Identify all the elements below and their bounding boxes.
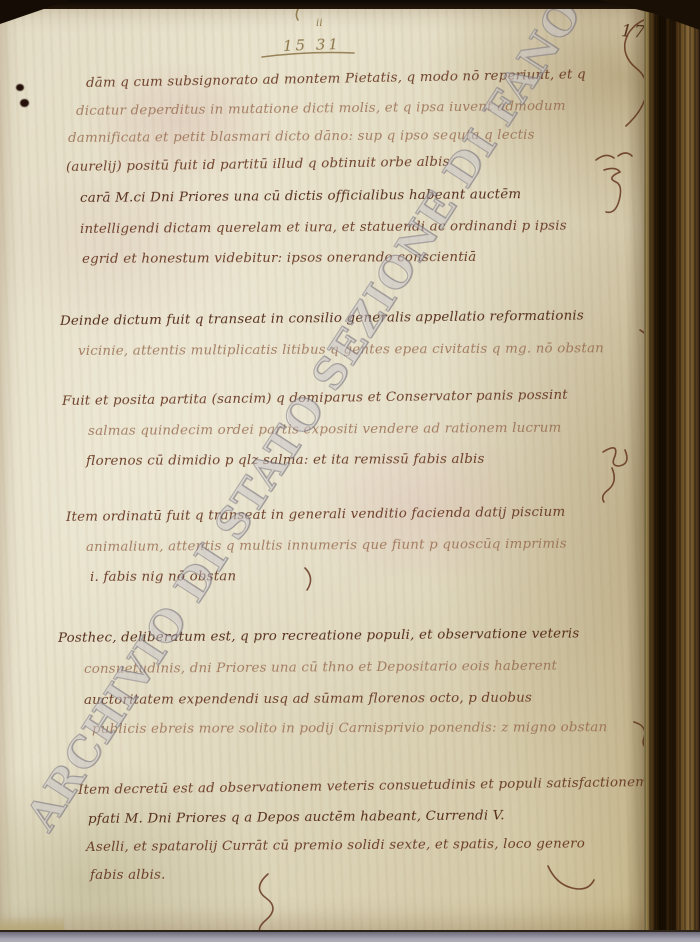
book-binding-edge bbox=[644, 0, 700, 936]
manuscript-line: fabis albis. bbox=[90, 868, 166, 883]
year-heading: 15 31 bbox=[283, 35, 342, 55]
manuscript-line: publicis ebreis more solito in podij Car… bbox=[92, 720, 607, 737]
ink-blot bbox=[20, 99, 29, 107]
ink-blot bbox=[16, 84, 24, 91]
scan-bottom-strip bbox=[0, 930, 700, 942]
scan-top-edge bbox=[0, 0, 700, 9]
manuscript-scan-page: ii 15 31 17 dām q cum subsignorato ad mo… bbox=[0, 0, 700, 942]
heading-tick-mark: ii bbox=[316, 18, 323, 29]
